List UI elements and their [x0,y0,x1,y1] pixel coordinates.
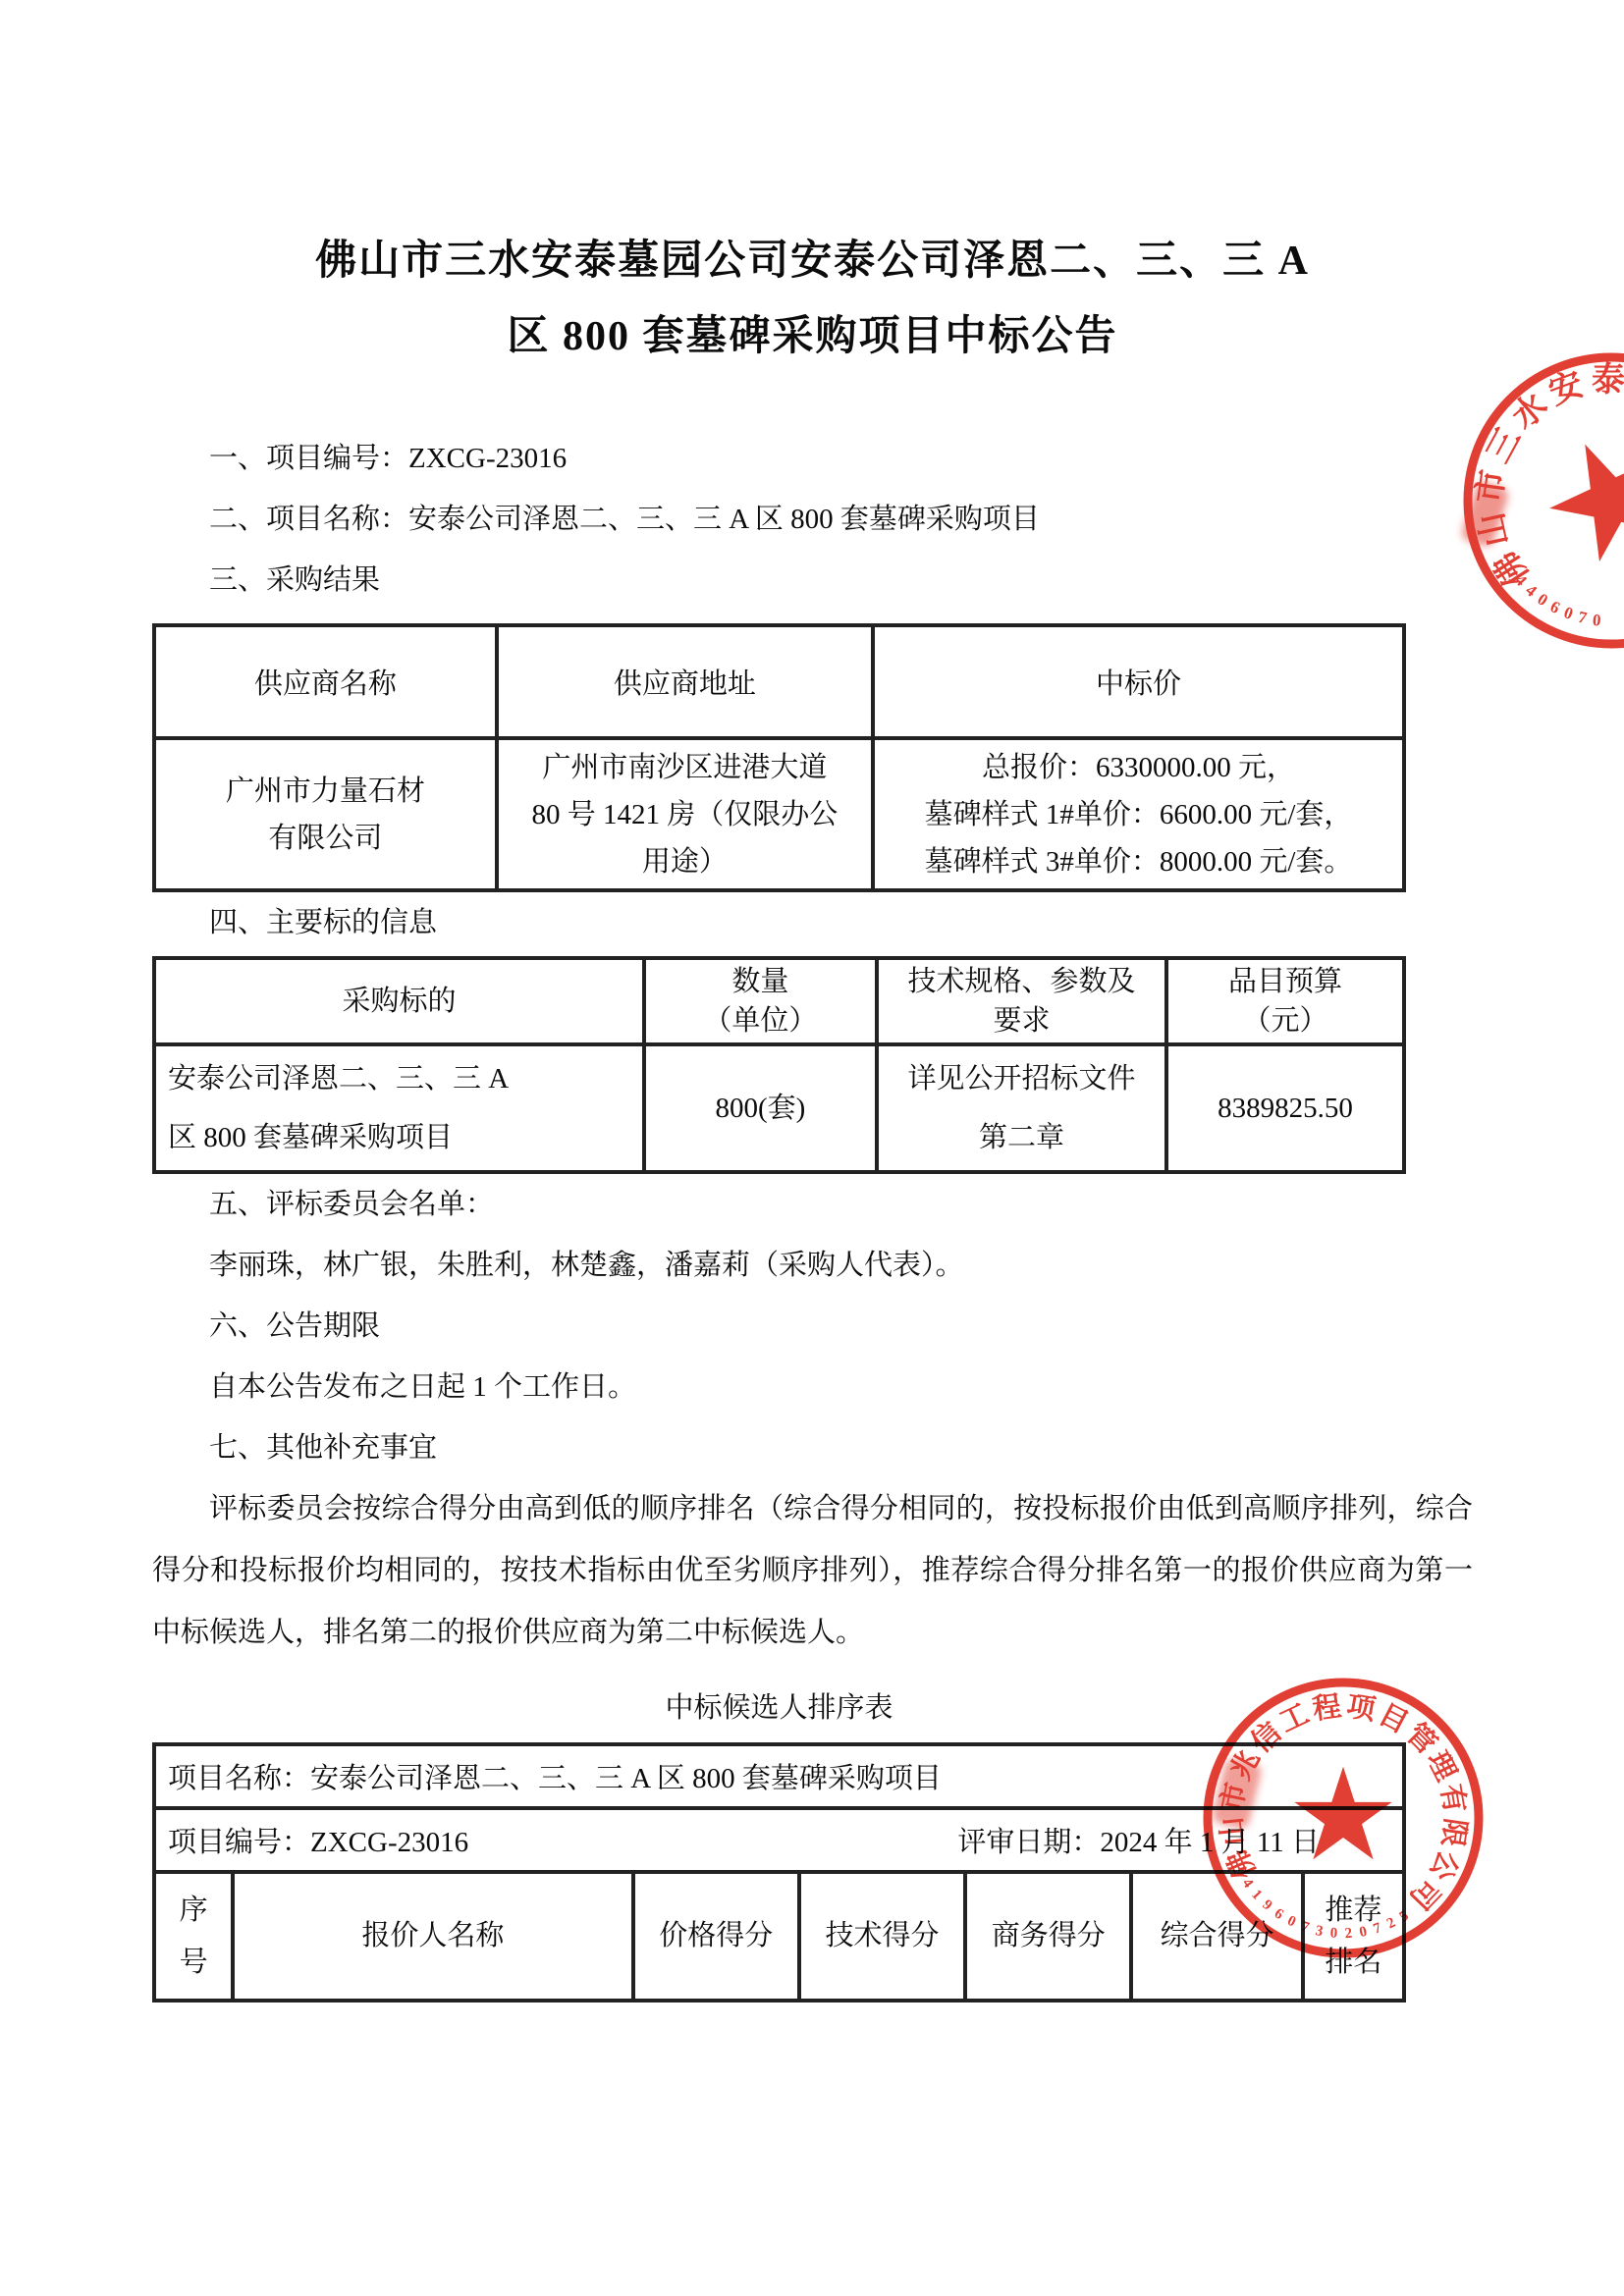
cell-quantity: 800(套) [644,1044,877,1172]
cell-supplier-name: 广州市力量石材 有限公司 [154,738,497,890]
official-seal-bottom: 佛山市兆信工程项目管理有限公司 4196073020725 [1181,1656,1505,1980]
col-header-quantity: 数量 （单位） [644,958,877,1044]
section-procurement-result: 三、采购结果 [152,550,1473,611]
section-other-matters: 七、其他补充事宜 [152,1417,1473,1478]
col-header-spec: 技术规格、参数及 要求 [877,958,1166,1044]
committee-members: 李丽珠，林广银，朱胜利，林楚鑫，潘嘉莉（采购人代表）。 [152,1235,1473,1296]
table-row: 采购标的 数量 （单位） 技术规格、参数及 要求 品目预算 （元） [154,958,1404,1044]
col-header-supplier-name: 供应商名称 [154,625,497,738]
title-line-1: 佛山市三水安泰墓园公司安泰公司泽恩二、三、三 A [315,239,1310,284]
cell-supplier-address: 广州市南沙区进港大道 80 号 1421 房（仅限办公 用途） [497,738,873,890]
table-row: 广州市力量石材 有限公司 广州市南沙区进港大道 80 号 1421 房（仅限办公… [154,738,1404,890]
table-row: 供应商名称 供应商地址 中标价 [154,625,1404,738]
cell-subject: 安泰公司泽恩二、三、三 A 区 800 套墓碑采购项目 [154,1044,644,1172]
seal-star-icon [1532,419,1624,571]
section-evaluation-committee: 五、评标委员会名单： [152,1174,1473,1235]
section-announcement-period: 六、公告期限 [152,1296,1473,1357]
col-header-seq-no: 序 号 [154,1872,233,2001]
col-header-supplier-address: 供应商地址 [497,625,873,738]
cell-budget: 8389825.50 [1166,1044,1404,1172]
col-header-subject: 采购标的 [154,958,644,1044]
col-header-business-score: 商务得分 [965,1872,1131,2001]
announcement-period-text: 自本公告发布之日起 1 个工作日。 [152,1357,1473,1417]
other-matters-text: 评标委员会按综合得分由高到低的顺序排名（综合得分相同的，按投标报价由低到高顺序排… [152,1478,1473,1664]
cell-winning-price: 总报价：6330000.00 元， 墓碑样式 1#单价：6600.00 元/套，… [873,738,1404,890]
official-seal-top-right: 佛山市三水安泰墓园有限公司 4406070 [1435,324,1624,677]
section-project-number: 一、项目编号：ZXCG-23016 [152,428,1473,489]
table-bid-subject: 采购标的 数量 （单位） 技术规格、参数及 要求 品目预算 （元） 安泰公司泽恩… [152,956,1406,1174]
col-header-winning-price: 中标价 [873,625,1404,738]
page-title: 佛山市三水安泰墓园公司安泰公司泽恩二、三、三 A区 800 套墓碑采购项目中标公… [152,224,1473,375]
table-supplier-result: 供应商名称 供应商地址 中标价 广州市力量石材 有限公司 广州市南沙区进港大道 … [152,623,1406,892]
section-project-name: 二、项目名称：安泰公司泽恩二、三、三 A 区 800 套墓碑采购项目 [152,489,1473,550]
cell-spec: 详见公开招标文件 第二章 [877,1044,1166,1172]
col-header-technical-score: 技术得分 [799,1872,965,2001]
seal-serial-number: 4406070 [1511,571,1608,631]
col-header-bidder-name: 报价人名称 [233,1872,632,2001]
document-page: 佛山市三水安泰墓园公司安泰公司泽恩二、三、三 A区 800 套墓碑采购项目中标公… [0,0,1624,2296]
title-line-2: 区 800 套墓碑采购项目中标公告 [507,314,1117,359]
seal-star-icon [1294,1767,1391,1860]
col-header-budget: 品目预算 （元） [1166,958,1404,1044]
col-header-price-score: 价格得分 [633,1872,799,2001]
section-main-subject-info: 四、主要标的信息 [152,892,1473,953]
cell-ranking-project-no: 项目编号：ZXCG-23016 [168,1820,468,1860]
table-row: 安泰公司泽恩二、三、三 A 区 800 套墓碑采购项目 800(套) 详见公开招… [154,1044,1404,1172]
